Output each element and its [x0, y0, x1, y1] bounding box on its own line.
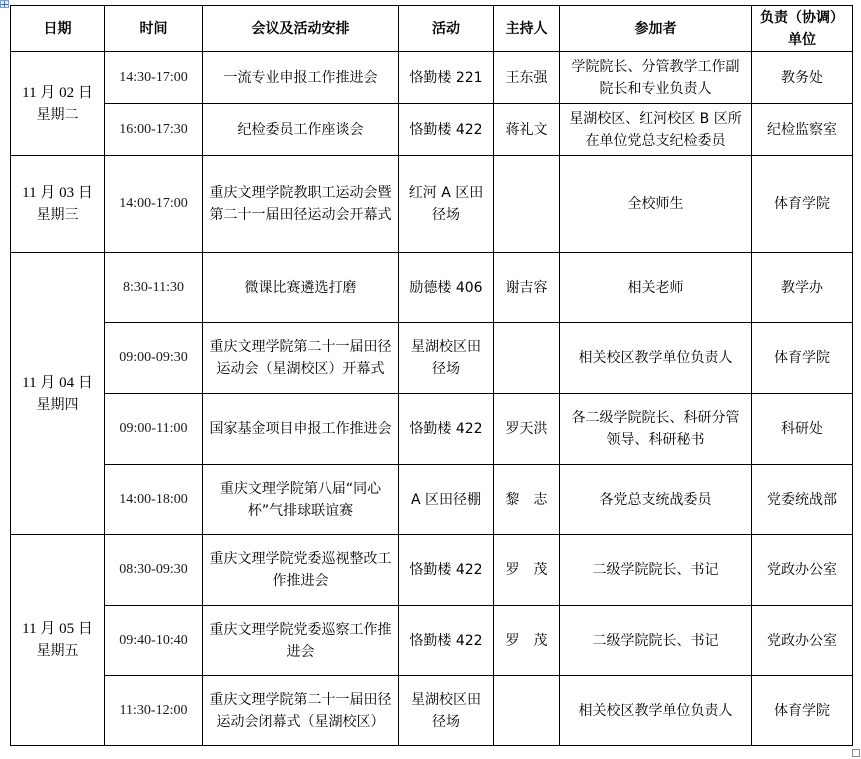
- host-cell: 王东强: [494, 52, 560, 104]
- location-cell: 恪勤楼 422: [399, 394, 494, 465]
- activity-cell: 重庆文理学院第二十一届田径运动会闭幕式（星湖校区）: [203, 676, 399, 746]
- participants-cell: 二级学院院长、书记: [560, 606, 752, 676]
- location-cell: 星湖校区田径场: [399, 676, 494, 746]
- host-cell: 蒋礼文: [494, 104, 560, 156]
- date-label: 11 月 04 日: [17, 372, 98, 394]
- host-cell: [494, 156, 560, 253]
- unit-cell: 纪检监察室: [752, 104, 853, 156]
- time-cell: 09:00-11:00: [105, 394, 203, 465]
- activity-cell: 重庆文理学院教职工运动会暨第二十一届田径运动会开幕式: [203, 156, 399, 253]
- host-cell: 罗 茂: [494, 535, 560, 606]
- weekday-label: 星期三: [17, 204, 98, 226]
- unit-cell: 教务处: [752, 52, 853, 104]
- time-cell: 8:30-11:30: [105, 253, 203, 323]
- location-cell: 星湖校区田径场: [399, 323, 494, 394]
- header-time: 时间: [105, 6, 203, 52]
- header-location: 活动: [399, 6, 494, 52]
- date-label: 11 月 03 日: [17, 182, 98, 204]
- header-unit: 负责（协调）单位: [752, 6, 853, 52]
- participants-cell: 相关校区教学单位负责人: [560, 323, 752, 394]
- participants-cell: 二级学院院长、书记: [560, 535, 752, 606]
- weekday-label: 星期五: [17, 640, 98, 662]
- table-row: 16:00-17:30 纪检委员工作座谈会 恪勤楼 422 蒋礼文 星湖校区、红…: [11, 104, 853, 156]
- table-move-handle-icon[interactable]: [0, 0, 9, 8]
- host-cell: [494, 323, 560, 394]
- table-row: 09:40-10:40 重庆文理学院党委巡察工作推进会 恪勤楼 422 罗 茂 …: [11, 606, 853, 676]
- unit-cell: 党政办公室: [752, 606, 853, 676]
- schedule-table: 日期 时间 会议及活动安排 活动 主持人 参加者 负责（协调）单位 11 月 0…: [10, 5, 853, 746]
- participants-cell: 全校师生: [560, 156, 752, 253]
- location-cell: 恪勤楼 422: [399, 104, 494, 156]
- activity-cell: 重庆文理学院党委巡察工作推进会: [203, 606, 399, 676]
- time-cell: 14:30-17:00: [105, 52, 203, 104]
- location-cell: A 区田径棚: [399, 465, 494, 535]
- header-host: 主持人: [494, 6, 560, 52]
- date-cell: 11 月 02 日 星期二: [11, 52, 105, 156]
- table-row: 09:00-09:30 重庆文理学院第二十一届田径运动会（星湖校区）开幕式 星湖…: [11, 323, 853, 394]
- table-row: 14:00-18:00 重庆文理学院第八届“同心杯”气排球联谊赛 A 区田径棚 …: [11, 465, 853, 535]
- host-cell: [494, 676, 560, 746]
- table-resize-handle-icon[interactable]: [852, 749, 860, 757]
- participants-cell: 学院院长、分管教学工作副院长和专业负责人: [560, 52, 752, 104]
- location-cell: 恪勤楼 422: [399, 606, 494, 676]
- table-row: 09:00-11:00 国家基金项目申报工作推进会 恪勤楼 422 罗天洪 各二…: [11, 394, 853, 465]
- location-cell: 恪勤楼 422: [399, 535, 494, 606]
- participants-cell: 星湖校区、红河校区 B 区所在单位党总支纪检委员: [560, 104, 752, 156]
- participants-cell: 相关老师: [560, 253, 752, 323]
- location-cell: 励德楼 406: [399, 253, 494, 323]
- host-cell: 黎 志: [494, 465, 560, 535]
- time-cell: 11:30-12:00: [105, 676, 203, 746]
- participants-cell: 各党总支统战委员: [560, 465, 752, 535]
- table-row: 11 月 04 日 星期四 8:30-11:30 微课比赛遴选打磨 励德楼 40…: [11, 253, 853, 323]
- table-row: 11 月 05 日 星期五 08:30-09:30 重庆文理学院党委巡视整改工作…: [11, 535, 853, 606]
- unit-cell: 教学办: [752, 253, 853, 323]
- unit-cell: 体育学院: [752, 323, 853, 394]
- unit-cell: 科研处: [752, 394, 853, 465]
- table-row: 11 月 03 日 星期三 14:00-17:00 重庆文理学院教职工运动会暨第…: [11, 156, 853, 253]
- activity-cell: 重庆文理学院第八届“同心杯”气排球联谊赛: [203, 465, 399, 535]
- unit-cell: 体育学院: [752, 676, 853, 746]
- participants-cell: 相关校区教学单位负责人: [560, 676, 752, 746]
- table-row: 11 月 02 日 星期二 14:30-17:00 一流专业申报工作推进会 恪勤…: [11, 52, 853, 104]
- activity-cell: 国家基金项目申报工作推进会: [203, 394, 399, 465]
- host-cell: 罗 茂: [494, 606, 560, 676]
- date-cell: 11 月 05 日 星期五: [11, 535, 105, 746]
- participants-cell: 各二级学院院长、科研分管领导、科研秘书: [560, 394, 752, 465]
- host-cell: 罗天洪: [494, 394, 560, 465]
- header-activity: 会议及活动安排: [203, 6, 399, 52]
- date-label: 11 月 05 日: [17, 618, 98, 640]
- date-cell: 11 月 03 日 星期三: [11, 156, 105, 253]
- header-date: 日期: [11, 6, 105, 52]
- time-cell: 09:00-09:30: [105, 323, 203, 394]
- activity-cell: 重庆文理学院第二十一届田径运动会（星湖校区）开幕式: [203, 323, 399, 394]
- unit-cell: 体育学院: [752, 156, 853, 253]
- header-row: 日期 时间 会议及活动安排 活动 主持人 参加者 负责（协调）单位: [11, 6, 853, 52]
- time-cell: 14:00-18:00: [105, 465, 203, 535]
- weekday-label: 星期四: [17, 394, 98, 416]
- location-cell: 恪勤楼 221: [399, 52, 494, 104]
- time-cell: 08:30-09:30: [105, 535, 203, 606]
- weekday-label: 星期二: [17, 104, 98, 126]
- time-cell: 16:00-17:30: [105, 104, 203, 156]
- date-cell: 11 月 04 日 星期四: [11, 253, 105, 535]
- activity-cell: 重庆文理学院党委巡视整改工作推进会: [203, 535, 399, 606]
- table-row: 11:30-12:00 重庆文理学院第二十一届田径运动会闭幕式（星湖校区） 星湖…: [11, 676, 853, 746]
- activity-cell: 微课比赛遴选打磨: [203, 253, 399, 323]
- time-cell: 09:40-10:40: [105, 606, 203, 676]
- activity-cell: 一流专业申报工作推进会: [203, 52, 399, 104]
- header-participants: 参加者: [560, 6, 752, 52]
- time-cell: 14:00-17:00: [105, 156, 203, 253]
- location-cell: 红河 A 区田径场: [399, 156, 494, 253]
- activity-cell: 纪检委员工作座谈会: [203, 104, 399, 156]
- unit-cell: 党政办公室: [752, 535, 853, 606]
- host-cell: 谢吉容: [494, 253, 560, 323]
- unit-cell: 党委统战部: [752, 465, 853, 535]
- date-label: 11 月 02 日: [17, 82, 98, 104]
